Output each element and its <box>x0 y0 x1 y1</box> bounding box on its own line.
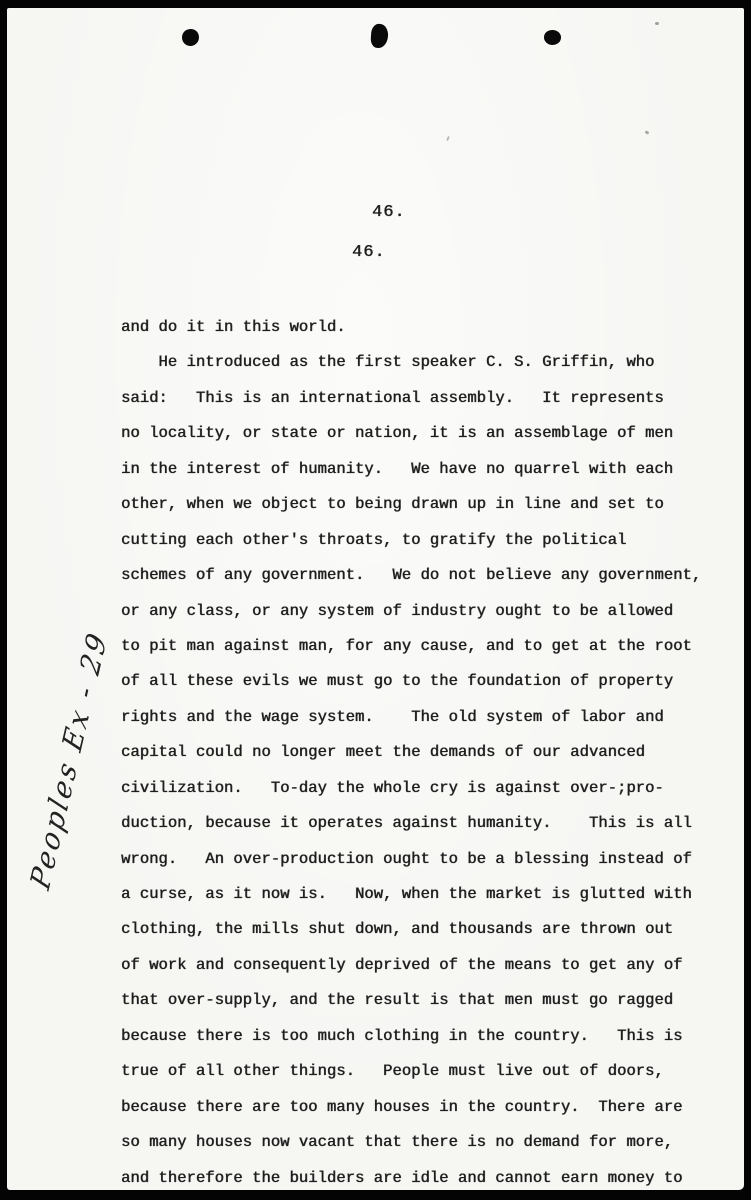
typewritten-line: rights and the wage system. The old syst… <box>121 700 701 735</box>
typewritten-line: that over-supply, and the result is that… <box>121 983 701 1018</box>
typewritten-line: because there are too many houses in the… <box>121 1090 701 1125</box>
binder-dot-right <box>543 29 562 46</box>
typewritten-line: of all these evils we must go to the fou… <box>121 664 701 699</box>
typewritten-line: wrong. An over-production ought to be a … <box>121 842 701 877</box>
typewritten-line: in the interest of humanity. We have no … <box>121 452 701 487</box>
typewritten-line: to pit man against man, for any cause, a… <box>121 629 701 664</box>
scan-speck <box>446 136 450 141</box>
typewritten-line: or any class, or any system of industry … <box>121 594 701 629</box>
typewritten-line: He introduced as the first speaker C. S.… <box>121 345 701 380</box>
typewritten-line: no locality, or state or nation, it is a… <box>121 416 701 451</box>
binder-dot-left <box>181 28 200 47</box>
scan-speck <box>655 22 659 25</box>
typewritten-line: clothing, the mills shut down, and thous… <box>121 912 701 947</box>
typewritten-line: and do it in this world. <box>121 310 701 345</box>
typewritten-line: of work and consequently deprived of the… <box>121 948 701 983</box>
typewritten-line: a curse, as it now is. Now, when the mar… <box>121 877 701 912</box>
scan-frame: 46. 46. Peoples Ex - 29 and do it in thi… <box>0 0 751 1200</box>
page-number-lower: 46. <box>352 243 386 262</box>
typewritten-line: schemes of any government. We do not bel… <box>121 558 701 593</box>
typewritten-line: said: This is an international assembly.… <box>121 381 701 416</box>
typewritten-line: other, when we object to being drawn up … <box>121 487 701 522</box>
typewritten-line: capital could no longer meet the demands… <box>121 735 701 770</box>
typewritten-line: true of all other things. People must li… <box>121 1054 701 1089</box>
binder-dot-center <box>370 23 389 48</box>
typewritten-text-block: and do it in this world. He introduced a… <box>121 310 701 1196</box>
typewritten-line: and therefore the builders are idle and … <box>121 1161 701 1196</box>
page-number-upper: 46. <box>372 203 406 222</box>
scan-speck <box>645 130 650 135</box>
typewritten-line: so many houses now vacant that there is … <box>121 1125 701 1160</box>
document-page: 46. 46. Peoples Ex - 29 and do it in thi… <box>7 8 744 1190</box>
exhibit-annotation: Peoples Ex - 29 <box>24 626 114 894</box>
typewritten-line: duction, because it operates against hum… <box>121 806 701 841</box>
typewritten-line: because there is too much clothing in th… <box>121 1019 701 1054</box>
typewritten-line: civilization. To-day the whole cry is ag… <box>121 771 701 806</box>
typewritten-line: cutting each other's throats, to gratify… <box>121 523 701 558</box>
